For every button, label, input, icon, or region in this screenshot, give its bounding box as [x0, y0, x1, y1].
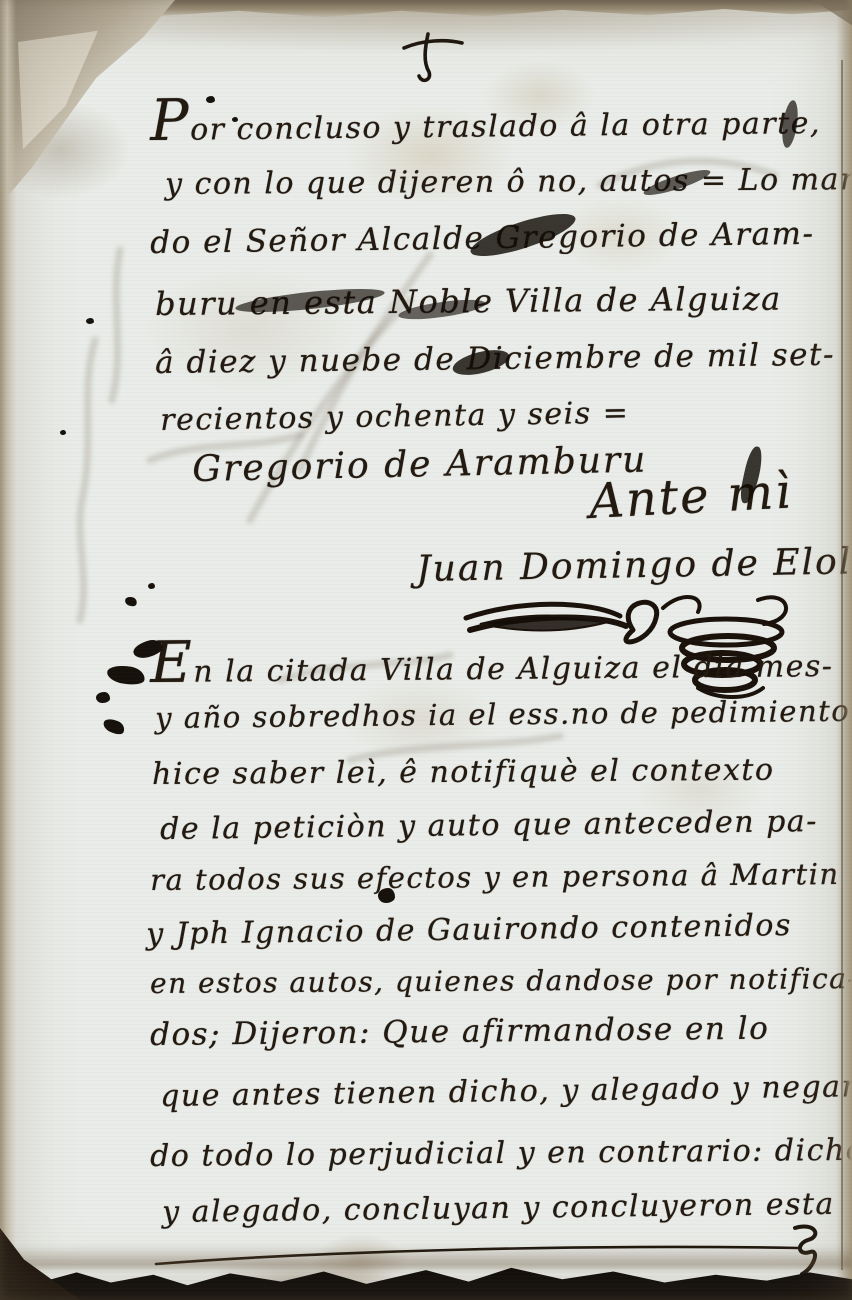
ink-blot: [148, 583, 155, 589]
page-bottom-edge: [0, 1254, 852, 1300]
attestation-ante-mi: Ante mì: [588, 467, 794, 526]
signature-juan-domingo-de-elola: Juan Domingo de Elola: [416, 544, 852, 588]
manuscript-line: de la peticiòn y auto que anteceden pa-: [160, 807, 818, 845]
manuscript-line: y con lo que dijeren ô no, autos = Lo ma…: [165, 165, 852, 200]
page-top-edge: [0, 0, 852, 18]
ink-blot: [60, 430, 66, 435]
manuscript-page: Por concluso y traslado â la otra parte,…: [0, 0, 852, 1300]
torn-corner-fold: [8, 18, 133, 178]
bottom-left-corner-shadow: [0, 1210, 80, 1300]
manuscript-line: dos; Dijeron: Que afirmandose en lo: [150, 1014, 769, 1051]
signature-gregorio-de-aramburu: Gregorio de Aramburu: [192, 442, 648, 488]
manuscript-line: y año sobredhos ia el ess.no de pedimien…: [155, 697, 850, 733]
manuscript-line: hice saber leì, ê notifiquè el contexto: [152, 756, 775, 790]
closing-rule-flourish: [150, 1222, 830, 1282]
manuscript-line: ra todos sus efectos y en persona â Mart…: [150, 860, 840, 895]
manuscript-line: y alegado, concluyan y concluyeron esta: [162, 1190, 835, 1228]
invocation-cross-icon: [398, 26, 468, 90]
manuscript-line: recientos y ochenta y seis =: [160, 399, 630, 436]
ink-blot: [232, 117, 238, 122]
ink-blot: [106, 663, 147, 687]
ink-blot: [101, 716, 126, 737]
ink-blot: [206, 96, 215, 103]
top-right-corner-shadow: [800, 0, 852, 42]
ink-blot: [124, 595, 138, 608]
torn-corner: [0, 0, 175, 205]
manuscript-line: y Jph Ignacio de Gauirondo contenidos: [146, 911, 792, 950]
manuscript-line: en estos autos, quienes dandose por noti…: [150, 965, 852, 998]
manuscript-line: En la citada Villa de Alguiza el dia mes…: [150, 640, 834, 688]
ink-blot: [96, 692, 110, 703]
manuscript-line: do todo lo perjudicial y en contrario: d…: [150, 1136, 852, 1172]
manuscript-line: que antes tienen dicho, y alegado y nega…: [160, 1072, 852, 1112]
ink-blot: [378, 888, 395, 903]
page-bottom-shadow: [0, 1246, 852, 1268]
manuscript-line: Por concluso y traslado â la otra parte,: [150, 97, 821, 146]
page-left-edge: [0, 0, 16, 1300]
ink-blot: [86, 318, 94, 324]
